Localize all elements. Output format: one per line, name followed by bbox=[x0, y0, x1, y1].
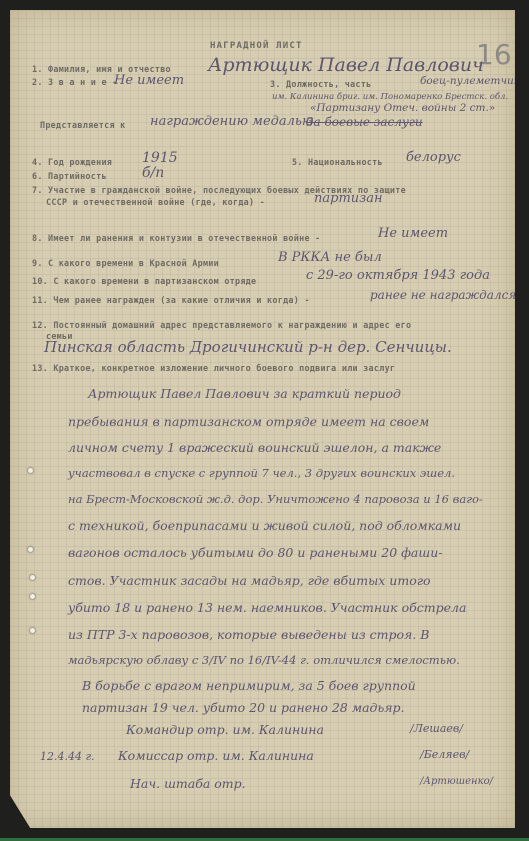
field-10-label: 10. С какого времени в партизанском отря… bbox=[32, 276, 256, 286]
narrative-line: пребывания в партизанском отряде имеет н… bbox=[68, 414, 429, 429]
field-7-value: партизан bbox=[314, 191, 383, 206]
field-6-value: б/п bbox=[142, 165, 164, 181]
narrative-line: партизан 19 чел. убито 20 и ранено 28 ма… bbox=[82, 700, 405, 715]
field-5-value: белорус bbox=[406, 150, 461, 165]
binding-hole bbox=[30, 594, 35, 599]
field-2-value: Не имеет bbox=[114, 73, 184, 88]
commander-label: Командир отр. им. Калинина bbox=[126, 722, 324, 737]
narrative-line: участвовал в спуске с группой 7 чел., 3 … bbox=[68, 466, 455, 480]
field-2-label: 2. З в а н и е - bbox=[32, 77, 117, 87]
field-5-label: 5. Национальность bbox=[292, 157, 383, 167]
field-3-value-line2: им. Калинина бриг. им. Пономаренко Брест… bbox=[272, 92, 508, 102]
field-4-label: 4. Год рождения bbox=[32, 157, 112, 167]
field-11-value: ранее не награждался bbox=[370, 288, 516, 302]
field-1-value: Артющик Павел Павлович bbox=[208, 54, 484, 76]
field-7-label-line2: СССР и отечественной войне (где, когда) … bbox=[46, 197, 265, 207]
narrative-line: на Брест-Московской ж.д. дор. Уничтожено… bbox=[68, 492, 483, 506]
binding-hole bbox=[30, 628, 35, 633]
narrative-line: В борьбе с врагом непримирим, за 5 боев … bbox=[82, 678, 416, 693]
field-13-label: 13. Краткое, конкретное изложение личног… bbox=[32, 363, 395, 373]
presented-insert: «Партизану Отеч. войны 2 ст.» bbox=[310, 102, 495, 114]
binding-hole bbox=[28, 468, 33, 473]
presented-label: Представляется к bbox=[40, 120, 125, 130]
field-8-value: Не имеет bbox=[378, 226, 448, 241]
commissar-name: /Беляев/ bbox=[420, 748, 469, 761]
narrative-line: из ПТР 3-х паровозов, которые выведены и… bbox=[68, 627, 429, 642]
chief-of-staff-label: Нач. штаба отр. bbox=[130, 776, 246, 791]
field-9-value: В РККА не был bbox=[278, 250, 382, 265]
field-3-value-line1: боец-пулеметчик bbox=[420, 75, 520, 87]
narrative-line: стов. Участник засады на мадьяр, где вби… bbox=[68, 573, 431, 588]
commander-name: /Лешаев/ bbox=[410, 722, 463, 735]
presented-struck-text: За боевые заслуги bbox=[306, 115, 423, 129]
narrative-line: вагонов осталось убитыми до 80 и раненым… bbox=[68, 545, 442, 560]
document-title: НАГРАДНОЙ ЛИСТ bbox=[210, 41, 303, 51]
field-11-label: 11. Чем ранее награжден (за какие отличи… bbox=[32, 295, 310, 305]
binding-hole bbox=[30, 575, 35, 580]
commissar-label: Комиссар отр. им. Калинина bbox=[118, 748, 314, 763]
narrative-line: мадьярскую облаву с 3/IV по 16/IV-44 г. … bbox=[68, 653, 460, 667]
chief-of-staff-name: /Артюшенко/ bbox=[420, 776, 493, 787]
narrative-line: личном счету 1 вражеский воинский эшелон… bbox=[68, 440, 441, 455]
field-3-label: 3. Должность, часть bbox=[270, 79, 372, 89]
signature-date: 12.4.44 г. bbox=[40, 750, 95, 763]
award-sheet-page: НАГРАДНОЙ ЛИСТ 16 1. Фамилия, имя и отче… bbox=[10, 10, 515, 828]
field-10-value: с 29-го октября 1943 года bbox=[306, 268, 490, 283]
field-8-label: 8. Имеет ли ранения и контузии в отечест… bbox=[32, 233, 320, 243]
field-9-label: 9. С какого времени в Красной Армии bbox=[32, 258, 219, 268]
presented-value: награждению медалью bbox=[150, 114, 313, 129]
field-12-value: Пинская область Дрогичинский р-н дер. Се… bbox=[44, 338, 452, 356]
field-4-value: 1915 bbox=[142, 150, 178, 166]
narrative-line: Артющик Павел Павлович за краткий период bbox=[88, 386, 401, 401]
narrative-line: с техникой, боеприпасами и живой силой, … bbox=[68, 518, 461, 533]
field-6-label: 6. Партийность bbox=[32, 171, 107, 181]
narrative-line: убито 18 и ранено 13 нем. наемников. Уча… bbox=[68, 600, 466, 615]
binding-hole bbox=[28, 547, 33, 552]
field-12-label-line1: 12. Постоянный домашний адрес представля… bbox=[32, 320, 411, 330]
